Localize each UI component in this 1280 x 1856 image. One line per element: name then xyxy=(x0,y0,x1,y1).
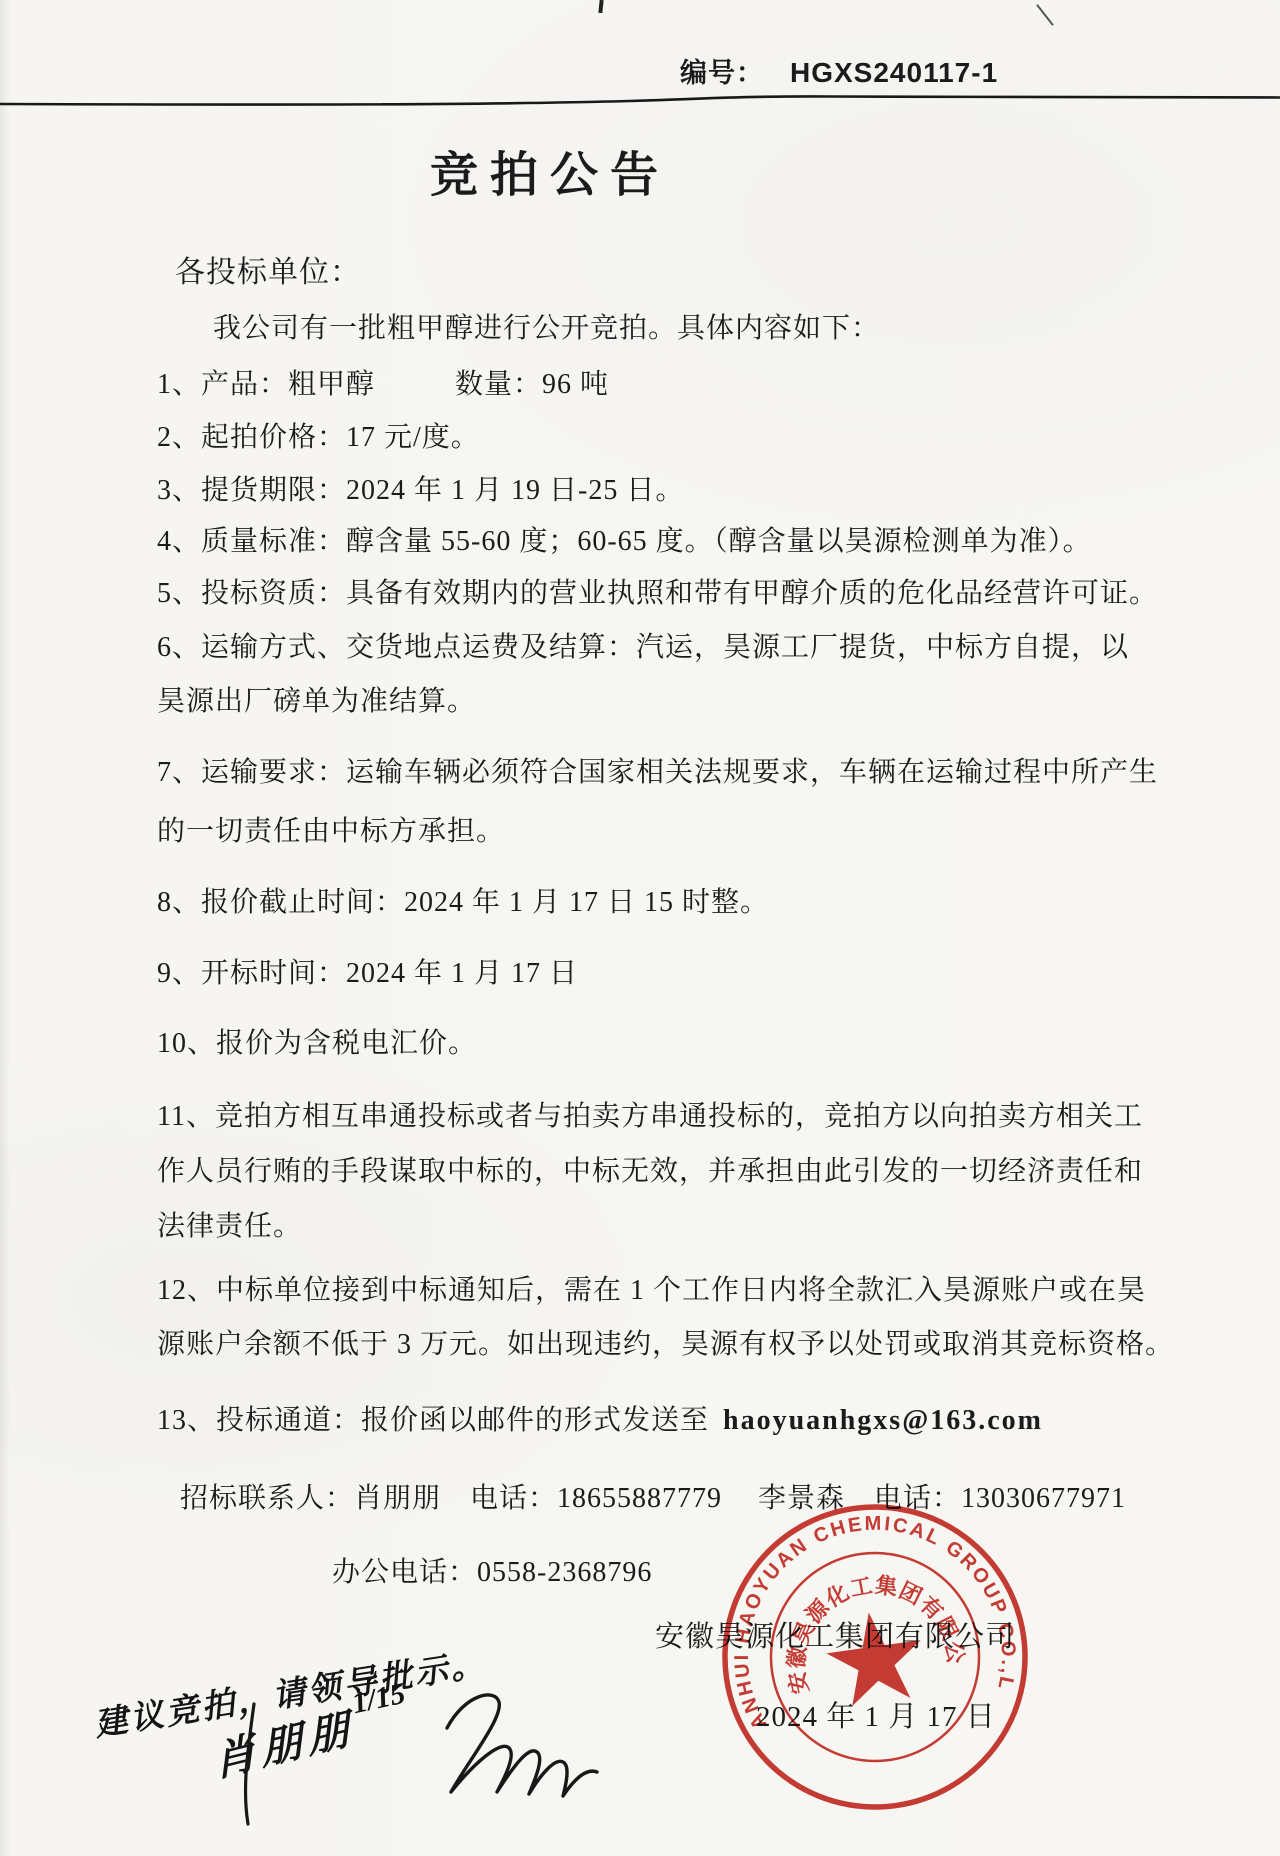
header-rule xyxy=(0,0,1280,120)
stamp-star-icon xyxy=(822,1606,929,1709)
item-6-line1: 6、运输方式、交货地点运费及结算：汽运，昊源工厂提货，中标方自提，以 xyxy=(157,631,1129,665)
item-6-line2: 昊源出厂磅单为准结算。 xyxy=(157,685,476,719)
salutation: 各投标单位： xyxy=(175,255,361,291)
item-13-text: 13、投标通道：报价函以邮件的形式发送至 xyxy=(157,1405,709,1436)
item-11-line2: 作人员行贿的手段谋取中标的，中标无效，并承担由此引发的一切经济责任和 xyxy=(157,1155,1143,1189)
item-1: 1、产品：粗甲醇数量：96 吨 xyxy=(157,368,609,402)
item-12-line2: 源账户余额不低于 3 万元。如出现违约，昊源有权予以处罚或取消其竞标资格。 xyxy=(157,1328,1174,1362)
stamp-company-text: 安徽昊源化工集团有限公司 xyxy=(689,1471,970,1708)
scanned-document-page: 编号：HGXS240117-1 竞拍公告 各投标单位： 我公司有一批粗甲醇进行公… xyxy=(0,0,1280,1856)
signature-tail-scribble xyxy=(220,1690,300,1840)
cursive-signature-scribble xyxy=(425,1680,625,1820)
item-3: 3、提货期限：2024 年 1 月 19 日-25 日。 xyxy=(157,474,684,508)
item-8: 8、报价截止时间：2024 年 1 月 17 日 15 时整。 xyxy=(157,886,769,920)
item-13: 13、投标通道：报价函以邮件的形式发送至haoyuanhgxs@163.com xyxy=(157,1404,1043,1438)
item-11-line1: 11、竞拍方相互串通投标或者与拍卖方串通投标的，竞拍方以向拍卖方相关工 xyxy=(157,1100,1143,1134)
company-stamp: ANHUI HAOYUAN CHEMICAL GROUP CO.,LTD 安徽昊… xyxy=(689,1471,1062,1844)
bid-email: haoyuanhgxs@163.com xyxy=(723,1405,1043,1436)
item-10: 10、报价为含税电汇价。 xyxy=(157,1027,477,1061)
header-rule-line xyxy=(0,96,1280,104)
item-9: 9、开标时间：2024 年 1 月 17 日 xyxy=(157,957,578,991)
page-title: 竞拍公告 xyxy=(160,147,940,205)
item-1-product: 1、产品：粗甲醇 xyxy=(157,369,375,400)
office-phone: 办公电话：0558-2368796 xyxy=(332,1556,652,1590)
intro-line: 我公司有一批粗甲醇进行公开竞拍。具体内容如下： xyxy=(213,312,880,346)
item-12-line1: 12、中标单位接到中标通知后，需在 1 个工作日内将全款汇入昊源账户或在昊 xyxy=(157,1274,1146,1308)
item-2: 2、起拍价格：17 元/度。 xyxy=(157,421,480,455)
item-7-line2: 的一切责任由中标方承担。 xyxy=(157,815,505,849)
item-1-quantity: 数量：96 吨 xyxy=(455,369,609,400)
item-11-line3: 法律责任。 xyxy=(157,1210,302,1244)
item-4: 4、质量标准：醇含量 55-60 度；60-65 度。（醇含量以昊源检测单为准）… xyxy=(157,525,1092,559)
item-7-line1: 7、运输要求：运输车辆必须符合国家相关法规要求，车辆在运输过程中所产生 xyxy=(157,756,1158,790)
item-5: 5、投标资质：具备有效期内的营业执照和带有甲醇介质的危化品经营许可证。 xyxy=(157,577,1158,611)
contact-person-1: 招标联系人：肖朋朋 电话：18655887779 xyxy=(180,1482,722,1516)
